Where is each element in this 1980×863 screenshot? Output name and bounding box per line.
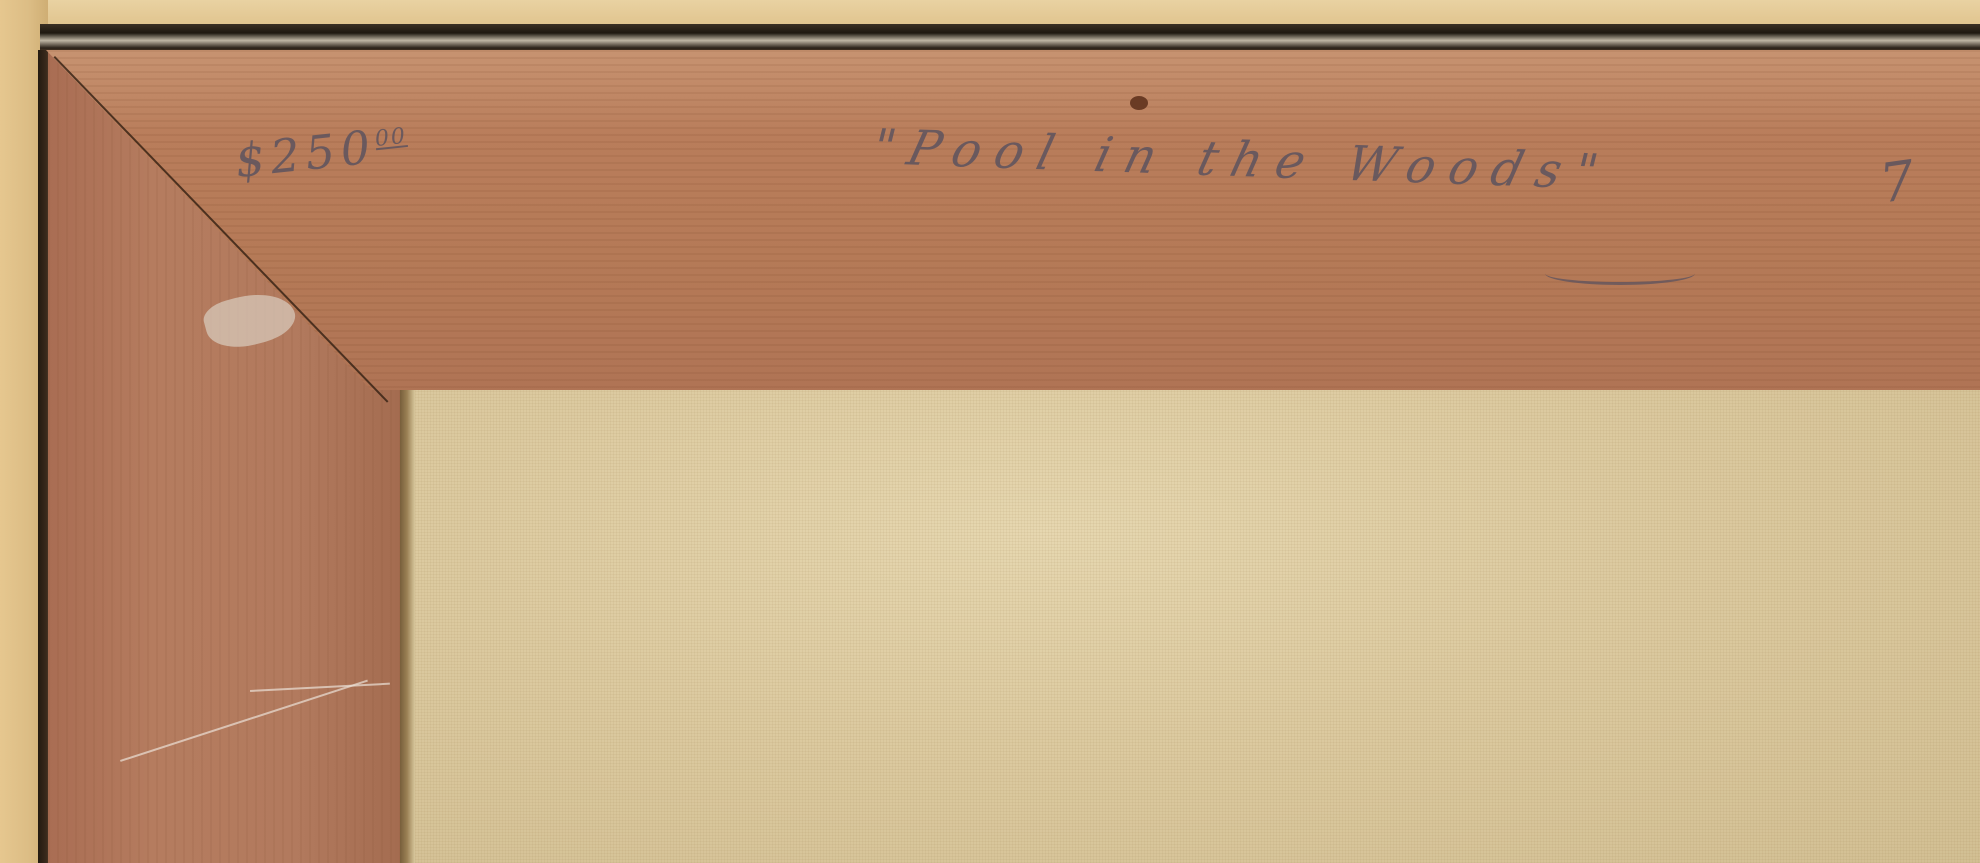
- stretcher-bar-top: [46, 50, 1980, 390]
- number-inscription: 7: [1876, 147, 1925, 215]
- nail-hole: [1130, 96, 1148, 110]
- frame-gap-top: [40, 24, 1980, 54]
- canvas-back: [415, 390, 1980, 863]
- pencil-underline: [1545, 262, 1695, 285]
